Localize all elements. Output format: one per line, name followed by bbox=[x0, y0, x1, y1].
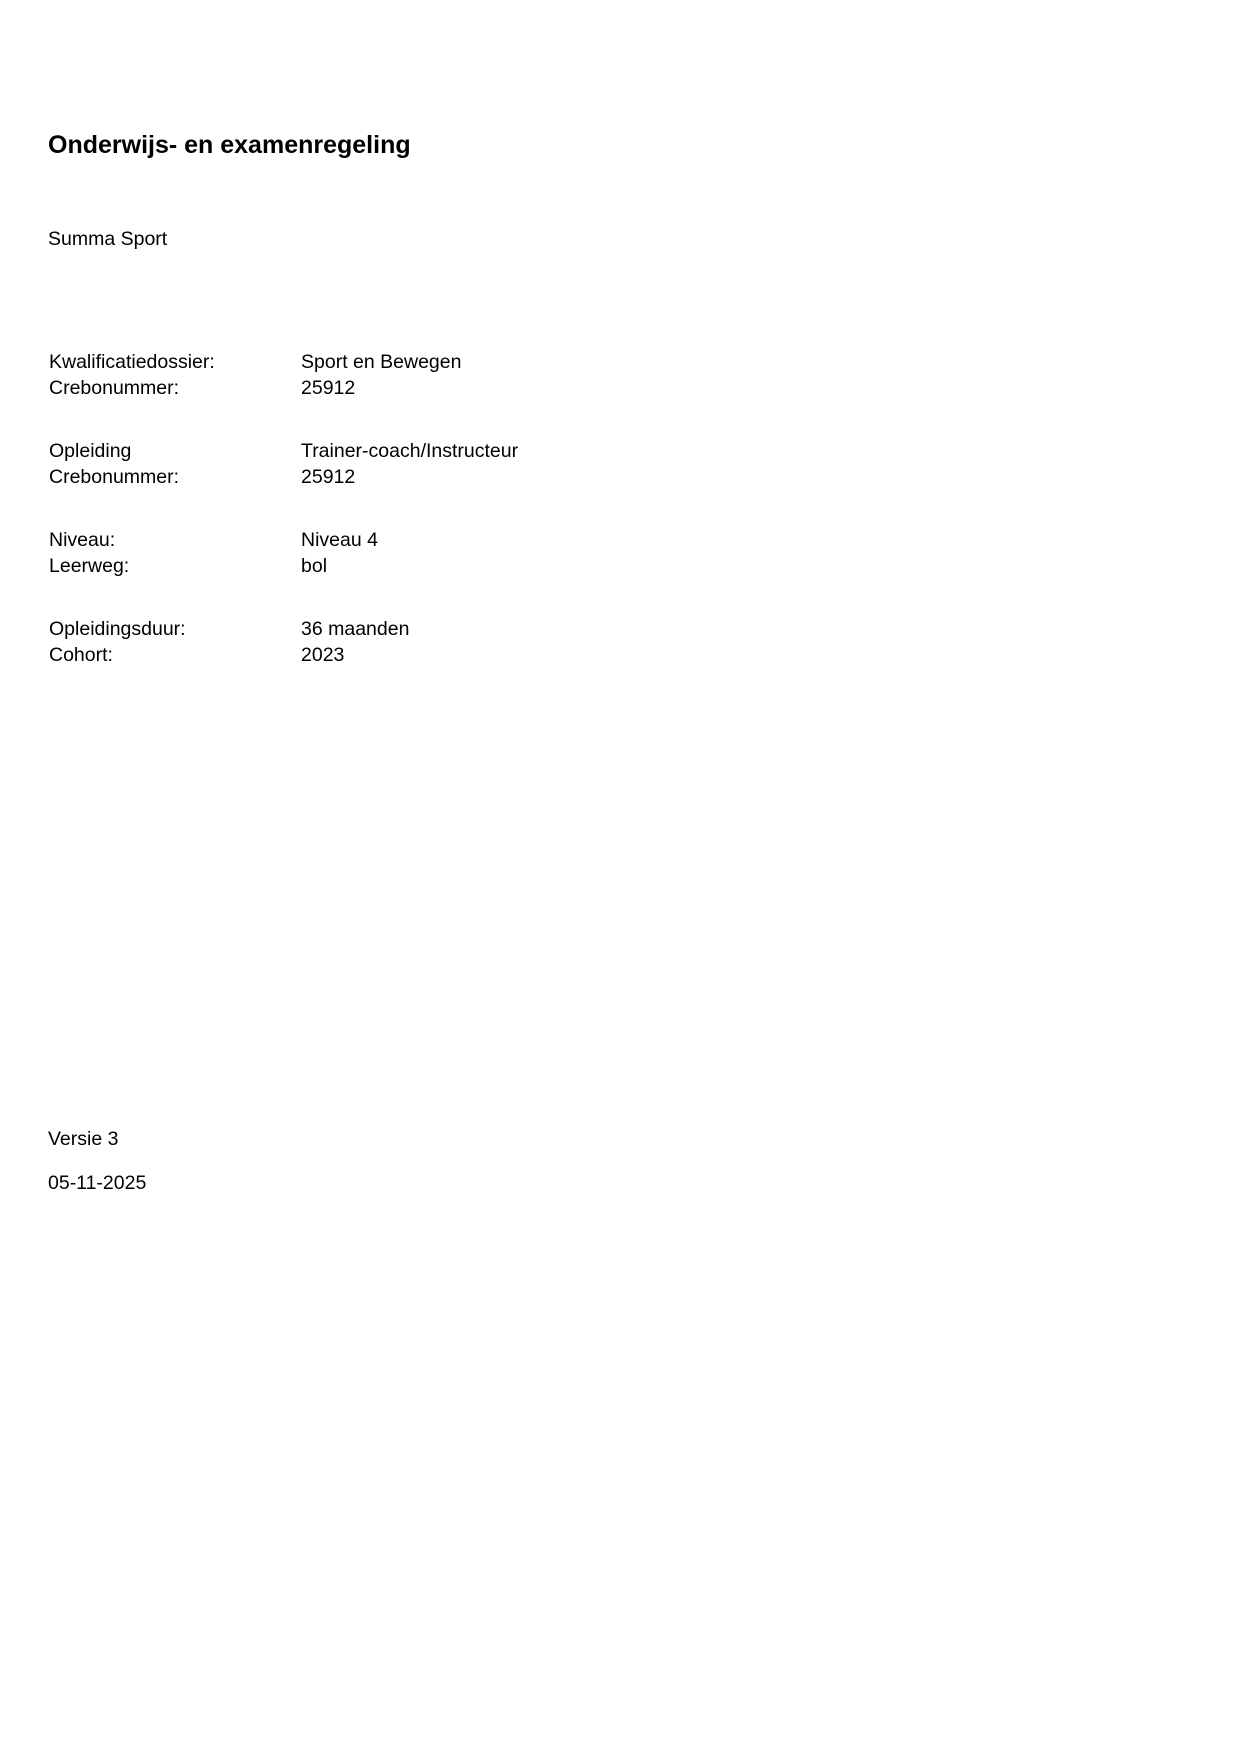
info-value: 25912 bbox=[301, 375, 355, 401]
info-label: Leerweg: bbox=[49, 553, 301, 579]
info-row-crebonummer: Crebonummer: 25912 bbox=[49, 375, 649, 401]
info-label: Opleiding bbox=[49, 438, 301, 464]
info-value: 25912 bbox=[301, 464, 355, 490]
institution-name: Summa Sport bbox=[48, 227, 167, 251]
info-value: Niveau 4 bbox=[301, 527, 378, 553]
info-group-opleiding: Opleiding Trainer-coach/Instructeur Creb… bbox=[49, 438, 649, 490]
info-value: Trainer-coach/Instructeur bbox=[301, 438, 518, 464]
info-row-opleiding: Opleiding Trainer-coach/Instructeur bbox=[49, 438, 649, 464]
info-value: 2023 bbox=[301, 642, 344, 668]
info-group-niveau: Niveau: Niveau 4 Leerweg: bol bbox=[49, 527, 649, 579]
info-label: Cohort: bbox=[49, 642, 301, 668]
info-label: Opleidingsduur: bbox=[49, 616, 301, 642]
info-row-cohort: Cohort: 2023 bbox=[49, 642, 649, 668]
info-group-kwalificatiedossier: Kwalificatiedossier: Sport en Bewegen Cr… bbox=[49, 349, 649, 401]
info-row-kwalificatiedossier: Kwalificatiedossier: Sport en Bewegen bbox=[49, 349, 649, 375]
info-label: Kwalificatiedossier: bbox=[49, 349, 301, 375]
info-label: Crebonummer: bbox=[49, 464, 301, 490]
info-row-leerweg: Leerweg: bol bbox=[49, 553, 649, 579]
document-date: 05-11-2025 bbox=[48, 1171, 146, 1195]
document-version: Versie 3 bbox=[48, 1127, 118, 1151]
info-value: bol bbox=[301, 553, 327, 579]
info-label: Crebonummer: bbox=[49, 375, 301, 401]
document-title: Onderwijs- en examenregeling bbox=[48, 130, 411, 160]
info-group-opleidingsduur: Opleidingsduur: 36 maanden Cohort: 2023 bbox=[49, 616, 649, 668]
info-value: Sport en Bewegen bbox=[301, 349, 461, 375]
info-row-opleidingsduur: Opleidingsduur: 36 maanden bbox=[49, 616, 649, 642]
info-row-niveau: Niveau: Niveau 4 bbox=[49, 527, 649, 553]
info-row-crebonummer: Crebonummer: 25912 bbox=[49, 464, 649, 490]
info-value: 36 maanden bbox=[301, 616, 409, 642]
info-label: Niveau: bbox=[49, 527, 301, 553]
